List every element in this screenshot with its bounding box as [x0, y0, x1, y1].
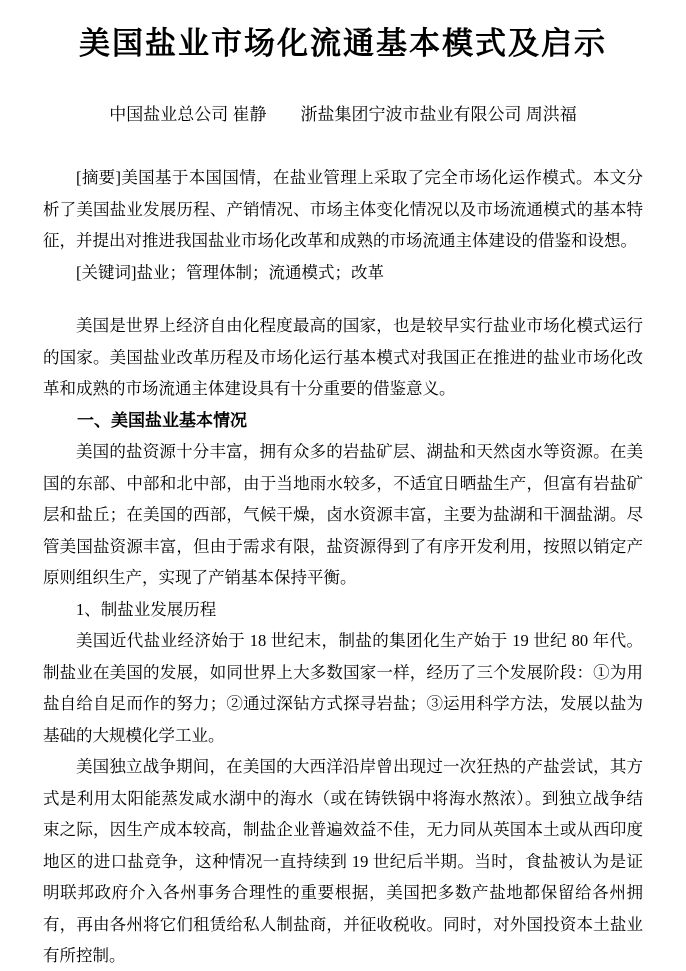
subsection-1-1-paragraph-1: 美国近代盐业经济始于 18 世纪末，制盐的集团化生产始于 19 世纪 80 年代… [43, 625, 643, 751]
document-title: 美国盐业市场化流通基本模式及启示 [43, 25, 643, 63]
author-byline: 中国盐业总公司 崔静 浙盐集团宁波市盐业有限公司 周洪福 [43, 104, 643, 126]
document-page: 美国盐业市场化流通基本模式及启示 中国盐业总公司 崔静 浙盐集团宁波市盐业有限公… [0, 0, 686, 971]
subsection-1-1-heading: 1、制盐业发展历程 [43, 594, 643, 626]
section-1-paragraph: 美国的盐资源十分丰富，拥有众多的岩盐矿层、湖盐和天然卤水等资源。在美国的东部、中… [43, 436, 643, 594]
keywords-line: [关键词]盐业；管理体制；流通模式；改革 [43, 257, 643, 289]
abstract-paragraph: [摘要]美国基于本国国情，在盐业管理上采取了完全市场化运作模式。本文分析了美国盐… [43, 162, 643, 257]
document-body: [摘要]美国基于本国国情，在盐业管理上采取了完全市场化运作模式。本文分析了美国盐… [43, 162, 643, 971]
section-1-heading: 一、美国盐业基本情况 [43, 405, 643, 437]
intro-paragraph: 美国是世界上经济自由化程度最高的国家，也是较早实行盐业市场化模式运行的国家。美国… [43, 310, 643, 405]
subsection-1-1-paragraph-2: 美国独立战争期间，在美国的大西洋沿岸曾出现过一次狂热的产盐尝试，其方式是利用太阳… [43, 751, 643, 971]
